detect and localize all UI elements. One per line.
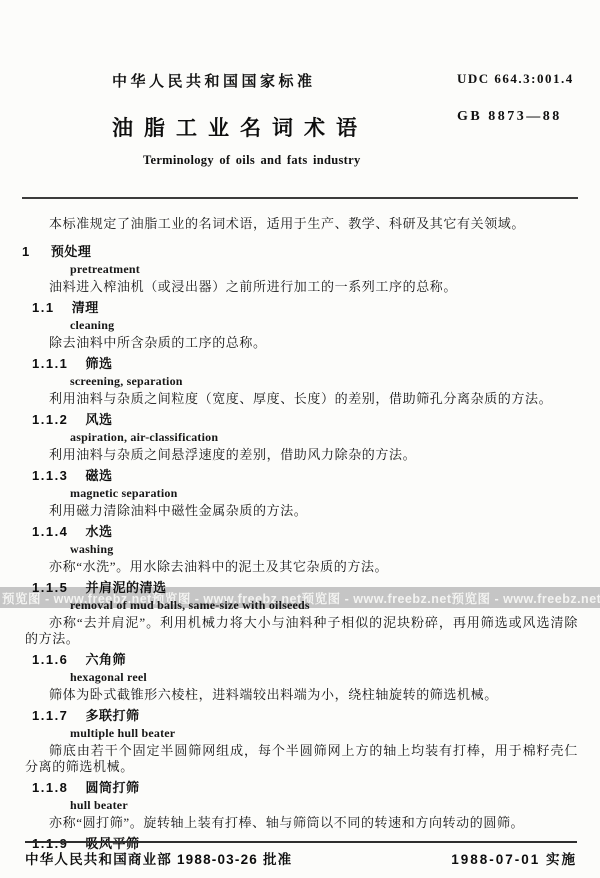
term-entry: 1.1.6 六角筛 hexagonal reel 筛体为卧式截锥形六棱柱，进料端… (0, 652, 600, 703)
footer-implementation: 1988-07-01 实施 (451, 848, 577, 868)
term-entry: 1.1.4 水选 washing 亦称“水洗”。用水除去油料中的泥土及其它杂质的… (0, 524, 600, 575)
entries-list: 1 预处理 pretreatment 油料进入榨油机（或浸出器）之前所进行加工的… (0, 244, 600, 851)
entry-number: 1.1.4 (32, 524, 68, 539)
entry-heading: 1 预处理 (22, 244, 600, 259)
entry-definition: 筛体为卧式截锥形六棱柱，进料端较出料端为小，绕柱轴旋转的筛选机械。 (25, 687, 578, 703)
entry-english: multiple hull beater (70, 727, 600, 740)
term-entry: 1.1.5 并肩泥的清选 removal of mud balls, same-… (0, 580, 600, 647)
term-entry: 1.1.2 风选 aspiration, air-classification … (0, 412, 600, 463)
footer-rule (25, 841, 577, 843)
scanned-standard-page: 中华人民共和国国家标准 UDC 664.3:001.4 油脂工业名词术语 GB … (0, 0, 600, 878)
entry-term: 筛选 (86, 356, 113, 371)
entry-heading: 1.1.4 水选 (32, 524, 600, 539)
entry-definition: 利用油料与杂质之间悬浮速度的差别，借助风力除杂的方法。 (25, 447, 578, 463)
entry-definition: 油料进入榨油机（或浸出器）之前所进行加工的一系列工序的总称。 (25, 279, 578, 295)
entry-english: magnetic separation (70, 487, 600, 500)
term-entry: 1 预处理 pretreatment 油料进入榨油机（或浸出器）之前所进行加工的… (0, 244, 600, 295)
entry-definition: 亦称“水洗”。用水除去油料中的泥土及其它杂质的方法。 (25, 559, 578, 575)
entry-number: 1.1.8 (32, 780, 68, 795)
udc-number: UDC 664.3:001.4 (457, 71, 574, 87)
entry-number: 1.1.1 (32, 356, 68, 371)
entry-heading: 1.1.3 磁选 (32, 468, 600, 483)
entry-heading: 1.1.8 圆筒打筛 (32, 780, 600, 795)
entry-term: 多联打筛 (86, 708, 140, 723)
entry-english: removal of mud balls, same-size with oil… (70, 599, 600, 612)
document-body: 本标准规定了油脂工业的名词术语，适用于生产、教学、科研及其它有关领域。 1 预处… (0, 208, 600, 851)
entry-heading: 1.1.2 风选 (32, 412, 600, 427)
entry-english: pretreatment (70, 263, 600, 276)
entry-number: 1.1.7 (32, 708, 68, 723)
entry-heading: 1.1.1 筛选 (32, 356, 600, 371)
entry-heading: 1.1.5 并肩泥的清选 (32, 580, 600, 595)
entry-heading: 1.1 清理 (32, 300, 600, 315)
entry-term: 清理 (72, 300, 99, 315)
footer-approval: 中华人民共和国商业部 1988-03-26 批准 (25, 848, 292, 868)
page-title: 油脂工业名词术语 (112, 112, 368, 142)
entry-heading: 1.1.7 多联打筛 (32, 708, 600, 723)
standard-code: GB 8873—88 (457, 109, 562, 125)
entry-term: 六角筛 (86, 652, 127, 667)
intro-paragraph: 本标准规定了油脂工业的名词术语，适用于生产、教学、科研及其它有关领域。 (25, 216, 575, 232)
entry-english: washing (70, 543, 600, 556)
entry-term: 预处理 (51, 244, 92, 259)
entry-english: screening, separation (70, 375, 600, 388)
entry-english: hull beater (70, 799, 600, 812)
entry-number: 1.1.6 (32, 652, 68, 667)
entry-number: 1.1.5 (32, 580, 68, 595)
term-entry: 1.1.8 圆筒打筛 hull beater 亦称“圆打筛”。旋转轴上装有打棒、… (0, 780, 600, 831)
entry-number: 1 (22, 244, 31, 259)
entry-english: aspiration, air-classification (70, 431, 600, 444)
entry-definition: 亦称“去并肩泥”。利用机械力将大小与油料种子相似的泥块粉碎，再用筛选或风选清除的… (25, 615, 578, 647)
entry-term: 并肩泥的清选 (86, 580, 167, 595)
entry-term: 水选 (86, 524, 113, 539)
entry-definition: 利用磁力清除油料中磁性金属杂质的方法。 (25, 503, 578, 519)
entry-term: 磁选 (86, 468, 113, 483)
term-entry: 1.1.1 筛选 screening, separation 利用油料与杂质之间… (0, 356, 600, 407)
entry-number: 1.1.2 (32, 412, 68, 427)
entry-definition: 利用油料与杂质之间粒度（宽度、厚度、长度）的差别，借助筛孔分离杂质的方法。 (25, 391, 578, 407)
entry-english: hexagonal reel (70, 671, 600, 684)
header-rule (22, 197, 578, 199)
term-entry: 1.1.3 磁选 magnetic separation 利用磁力清除油料中磁性… (0, 468, 600, 519)
entry-number: 1.1 (32, 300, 55, 315)
footer: 中华人民共和国商业部 1988-03-26 批准 1988-07-01 实施 (25, 848, 577, 868)
entry-heading: 1.1.6 六角筛 (32, 652, 600, 667)
term-entry: 1.1.7 多联打筛 multiple hull beater 筛底由若干个固定… (0, 708, 600, 775)
term-entry: 1.1 清理 cleaning 除去油料中所含杂质的工序的总称。 (0, 300, 600, 351)
english-subtitle: Terminology of oils and fats industry (143, 153, 361, 168)
entry-definition: 除去油料中所含杂质的工序的总称。 (25, 335, 578, 351)
entry-english: cleaning (70, 319, 600, 332)
entry-definition: 亦称“圆打筛”。旋转轴上装有打棒、轴与筛筒以不同的转速和方向转动的圆筛。 (25, 815, 578, 831)
entry-number: 1.1.3 (32, 468, 68, 483)
entry-definition: 筛底由若干个固定半圆筛网组成，每个半圆筛网上方的轴上均装有打棒，用于棉籽壳仁分离… (25, 743, 578, 775)
standard-label: 中华人民共和国国家标准 (112, 70, 316, 91)
entry-term: 风选 (86, 412, 113, 427)
entry-term: 圆筒打筛 (86, 780, 140, 795)
